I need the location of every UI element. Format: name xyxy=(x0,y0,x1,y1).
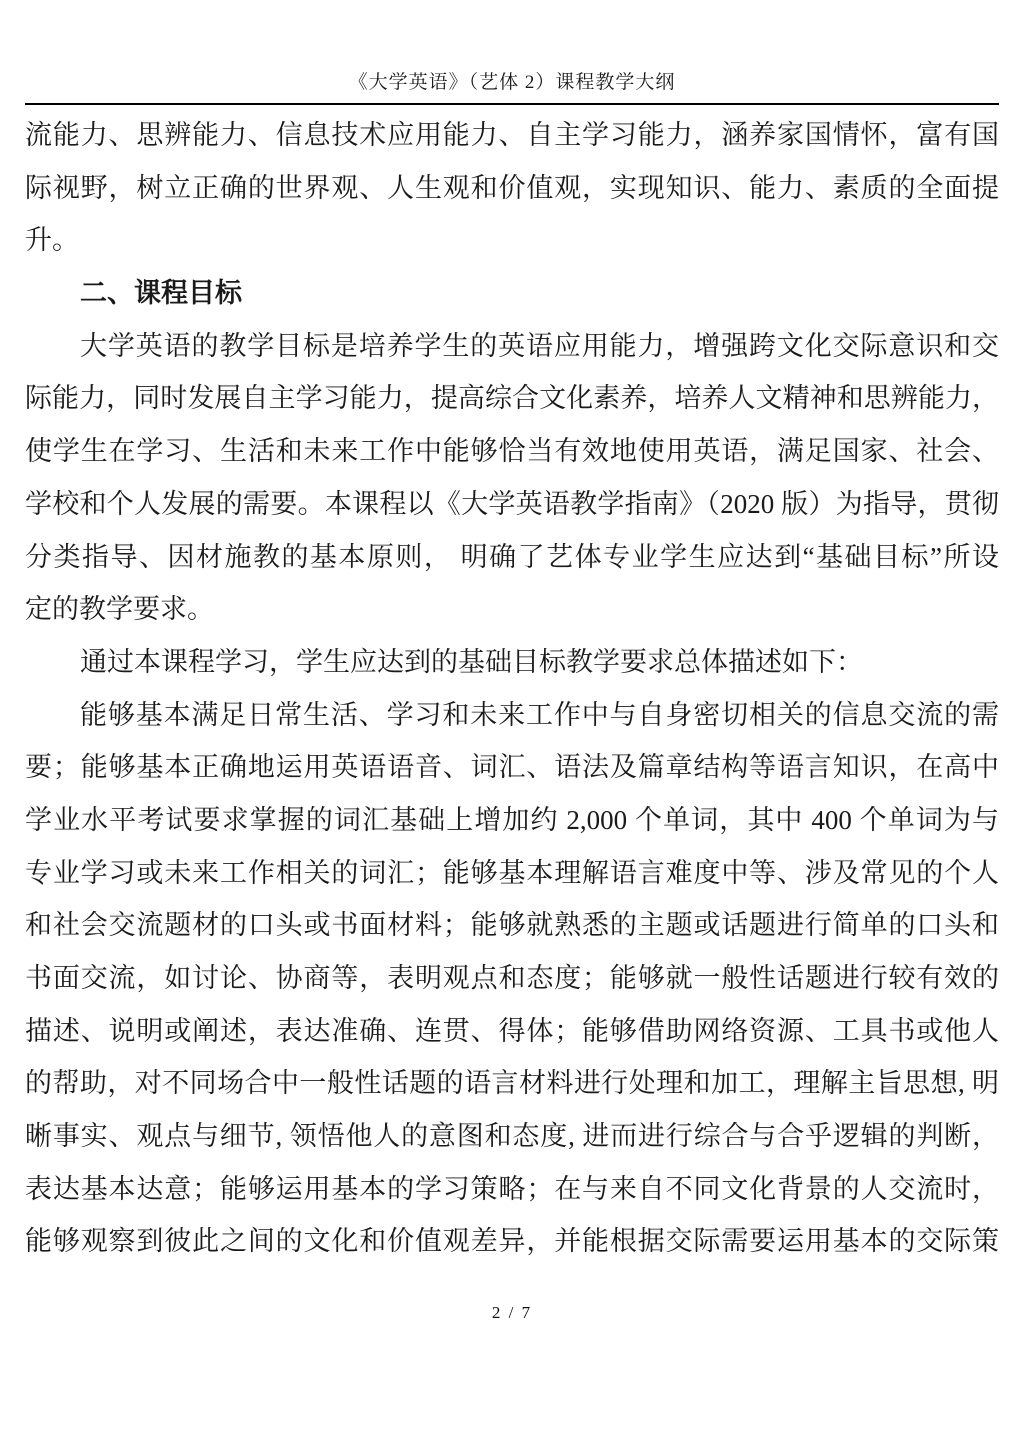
page-number: 2 / 7 xyxy=(0,1303,1024,1323)
text-line: 学业水平考试要求掌握的词汇基础上增加约 2,000 个单词，其中 400 个单词… xyxy=(25,794,999,847)
text-line: 际视野，树立正确的世界观、人生观和价值观，实现知识、能力、素质的全面提 xyxy=(25,162,999,215)
text-line: 要；能够基本正确地运用英语语音、词汇、语法及篇章结构等语言知识，在高中 xyxy=(25,741,999,794)
text-line: 晰事实、观点与细节, 领悟他人的意图和态度, 进而进行综合与合乎逻辑的判断， xyxy=(25,1110,999,1163)
header-title: 《大学英语》（艺体 2）课程教学大纲 xyxy=(25,68,999,98)
text-line: 大学英语的教学目标是培养学生的英语应用能力，增强跨文化交际意识和交 xyxy=(25,320,999,373)
text-line: 通过本课程学习，学生应达到的基础目标教学要求总体描述如下： xyxy=(25,636,999,689)
text-line: 书面交流，如讨论、协商等，表明观点和态度；能够就一般性话题进行较有效的 xyxy=(25,952,999,1005)
text-line: 和社会交流题材的口头或书面材料；能够就熟悉的主题或话题进行简单的口头和 xyxy=(25,899,999,952)
page-header: 《大学英语》（艺体 2）课程教学大纲 xyxy=(25,0,999,105)
text-line: 升。 xyxy=(25,214,999,267)
text-line: 分类指导、因材施教的基本原则， 明确了艺体专业学生应达到“基础目标”所设 xyxy=(25,531,999,584)
text-line: 学校和个人发展的需要。本课程以《大学英语教学指南》（2020 版）为指导，贯彻 xyxy=(25,478,999,531)
text-line: 的帮助，对不同场合中一般性话题的语言材料进行处理和加工，理解主旨思想, 明 xyxy=(25,1057,999,1110)
text-line: 能够观察到彼此之间的文化和价值观差异，并能根据交际需要运用基本的交际策 xyxy=(25,1215,999,1268)
text-line: 际能力，同时发展自主学习能力，提高综合文化素养，培养人文精神和思辨能力， xyxy=(25,372,999,425)
document-body: 流能力、思辨能力、信息技术应用能力、自主学习能力，涵养家国情怀，富有国际视野，树… xyxy=(25,109,999,1268)
document-page: 《大学英语》（艺体 2）课程教学大纲 流能力、思辨能力、信息技术应用能力、自主学… xyxy=(0,0,1024,1447)
section-heading: 二、课程目标 xyxy=(25,267,999,320)
text-line: 能够基本满足日常生活、学习和未来工作中与自身密切相关的信息交流的需 xyxy=(25,689,999,742)
text-line: 表达基本达意；能够运用基本的学习策略；在与来自不同文化背景的人交流时， xyxy=(25,1163,999,1216)
text-line: 专业学习或未来工作相关的词汇；能够基本理解语言难度中等、涉及常见的个人 xyxy=(25,847,999,900)
text-line: 使学生在学习、生活和未来工作中能够恰当有效地使用英语，满足国家、社会、 xyxy=(25,425,999,478)
text-line: 描述、说明或阐述，表达准确、连贯、得体；能够借助网络资源、工具书或他人 xyxy=(25,1005,999,1058)
text-line: 流能力、思辨能力、信息技术应用能力、自主学习能力，涵养家国情怀，富有国 xyxy=(25,109,999,162)
text-line: 定的教学要求。 xyxy=(25,583,999,636)
